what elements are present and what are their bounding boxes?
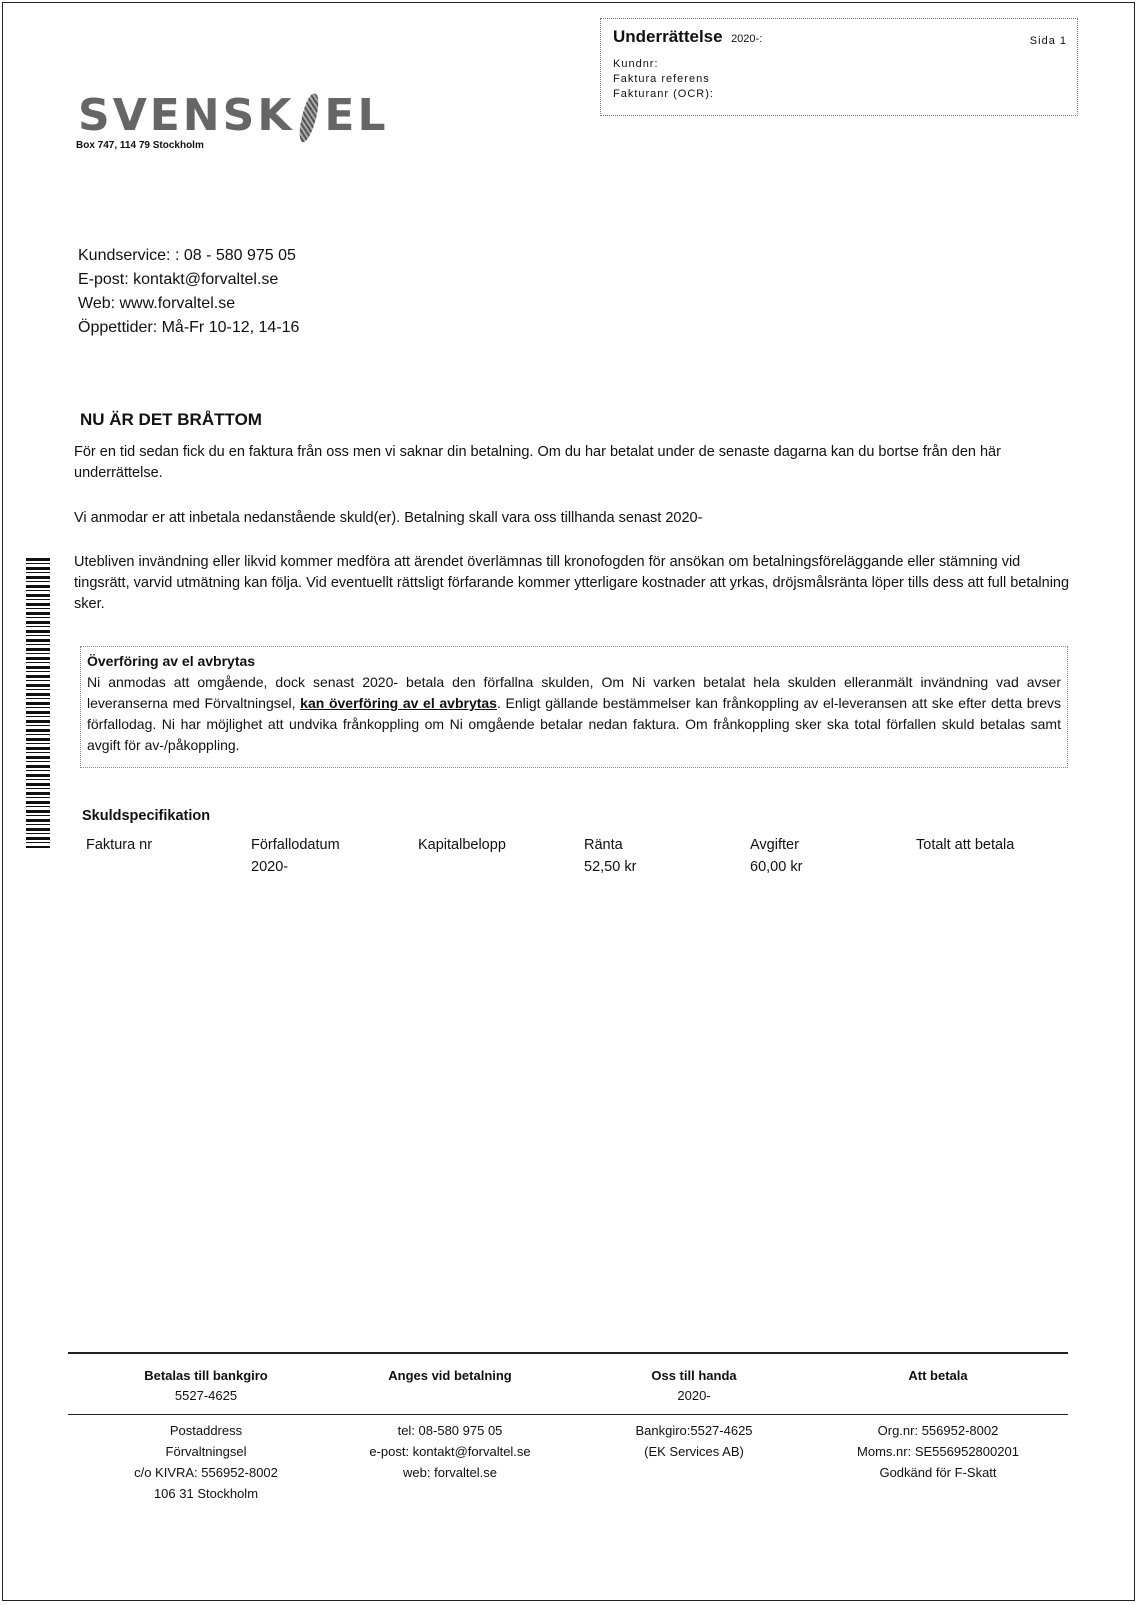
contact-email: E-post: kontakt@forvaltel.se <box>78 268 299 292</box>
company-logo: SVENSKEL <box>78 90 389 143</box>
warning-emphasis: kan överföring av el avbrytas <box>300 695 497 711</box>
paragraph-payment-request: Vi anmodar er att inbetala nedanstående … <box>74 508 1074 529</box>
barcode <box>26 558 50 848</box>
spec-column-invoice-number: Faktura nr <box>86 834 152 856</box>
page-border <box>2 2 1135 1601</box>
spec-column-fees: Avgifter60,00 kr <box>750 834 802 878</box>
warning-text: Ni anmodas att omgående, dock senast 202… <box>87 672 1061 756</box>
spec-column-due-date: Förfallodatum2020- <box>251 834 340 878</box>
notice-title: Underrättelse 2020-: <box>613 27 1065 47</box>
notice-date: 2020-: <box>731 33 762 45</box>
customer-number-label: Kundnr: <box>613 57 1065 72</box>
footer-contact: tel: 08-580 975 05e-post: kontakt@forval… <box>330 1420 570 1483</box>
ocr-number-label: Fakturanr (OCR): <box>613 87 1065 102</box>
paragraph-consequences: Utebliven invändning eller likvid kommer… <box>74 552 1074 615</box>
payment-reference: Anges vid betalning <box>330 1366 570 1386</box>
sender-address: Box 747, 114 79 Stockholm <box>76 140 204 151</box>
payment-due: Oss till handa2020- <box>574 1366 814 1406</box>
sweden-map-icon <box>297 92 321 144</box>
paragraph-missing-payment: För en tid sedan fick du en faktura från… <box>74 442 1074 484</box>
payment-bankgiro: Betalas till bankgiro5527-4625 <box>86 1366 326 1406</box>
urgent-heading: NU ÄR DET BRÅTTOM <box>80 410 262 430</box>
disconnection-warning-box: Överföring av el avbrytas Ni anmodas att… <box>80 646 1068 768</box>
notice-header-box: Underrättelse 2020-: Sida 1 Kundnr: Fakt… <box>600 18 1078 116</box>
invoice-reference-label: Faktura referens <box>613 72 1065 87</box>
spec-column-interest: Ränta52,50 kr <box>584 834 636 878</box>
contact-info: Kundservice: : 08 - 580 975 05 E-post: k… <box>78 244 299 340</box>
customer-service-phone: Kundservice: : 08 - 580 975 05 <box>78 244 299 268</box>
footer-bankgiro: Bankgiro:5527-4625(EK Services AB) <box>574 1420 814 1462</box>
page-number: Sida 1 <box>1030 35 1067 47</box>
footer-postal-address: PostaddressFörvaltningselc/o KIVRA: 5569… <box>86 1420 326 1504</box>
spec-column-total: Totalt att betala <box>916 834 1014 856</box>
warning-title: Överföring av el avbrytas <box>87 651 1061 672</box>
logo-word-1: SVENSK <box>78 90 294 141</box>
divider-top <box>68 1352 1068 1354</box>
opening-hours: Öppettider: Må-Fr 10-12, 14-16 <box>78 316 299 340</box>
footer-company-registration: Org.nr: 556952-8002Moms.nr: SE5569528002… <box>818 1420 1058 1483</box>
contact-web: Web: www.forvaltel.se <box>78 292 299 316</box>
divider-bottom <box>68 1414 1068 1415</box>
debt-specification-title: Skuldspecifikation <box>82 808 210 824</box>
logo-word-2: EL <box>324 90 388 141</box>
payment-amount: Att betala <box>818 1366 1058 1386</box>
spec-column-principal: Kapitalbelopp <box>418 834 506 856</box>
notice-title-text: Underrättelse <box>613 27 723 46</box>
